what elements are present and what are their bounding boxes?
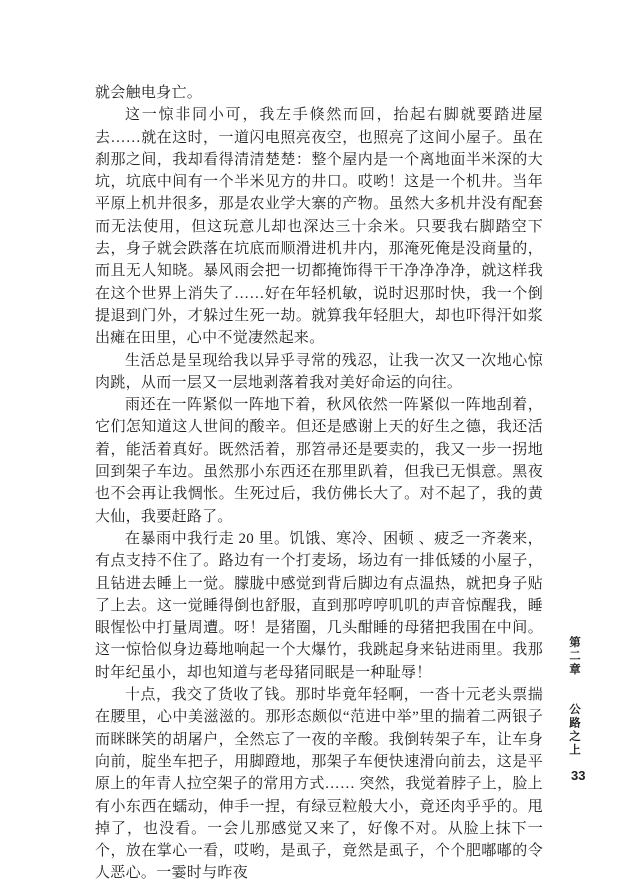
book-page: 就会触电身亡。 这一惊非同小可，我左手倏然而回，抬起右脚就要踏进屋去……就在这时… [0,0,634,891]
paragraph: 这一惊非同小可，我左手倏然而回，抬起右脚就要踏进屋去……就在这时，一道闪电照亮夜… [95,104,543,349]
body-text: 就会触电身亡。 这一惊非同小可，我左手倏然而回，抬起右脚就要踏进屋去……就在这时… [95,82,543,885]
paragraph-continuation: 就会触电身亡。 [95,82,543,104]
page-number: 33 [571,768,585,783]
paragraph: 生活总是呈现给我以异乎寻常的残忍，让我一次又一次地心惊肉跳，从而一层又一层地剥落… [95,350,543,395]
paragraph: 十点，我交了货收了钱。那时毕竟年轻啊，一沓十元老头票揣在腰里，心中美滋滋的。那形… [95,684,543,885]
paragraph: 在暴雨中我行走 20 里。饥饿、寒冷、困顿 、疲乏一齐袭来，有点支持不住了。路边… [95,528,543,684]
running-head: 第二章 公路之上 [566,636,582,757]
chapter-title-label: 公路之上 [568,703,580,757]
paragraph: 雨还在一阵紧似一阵地下着，秋风依然一阵紧似一阵地刮着，它们怎知道这人世间的酸辛。… [95,394,543,528]
chapter-number-label: 第二章 [568,636,580,677]
